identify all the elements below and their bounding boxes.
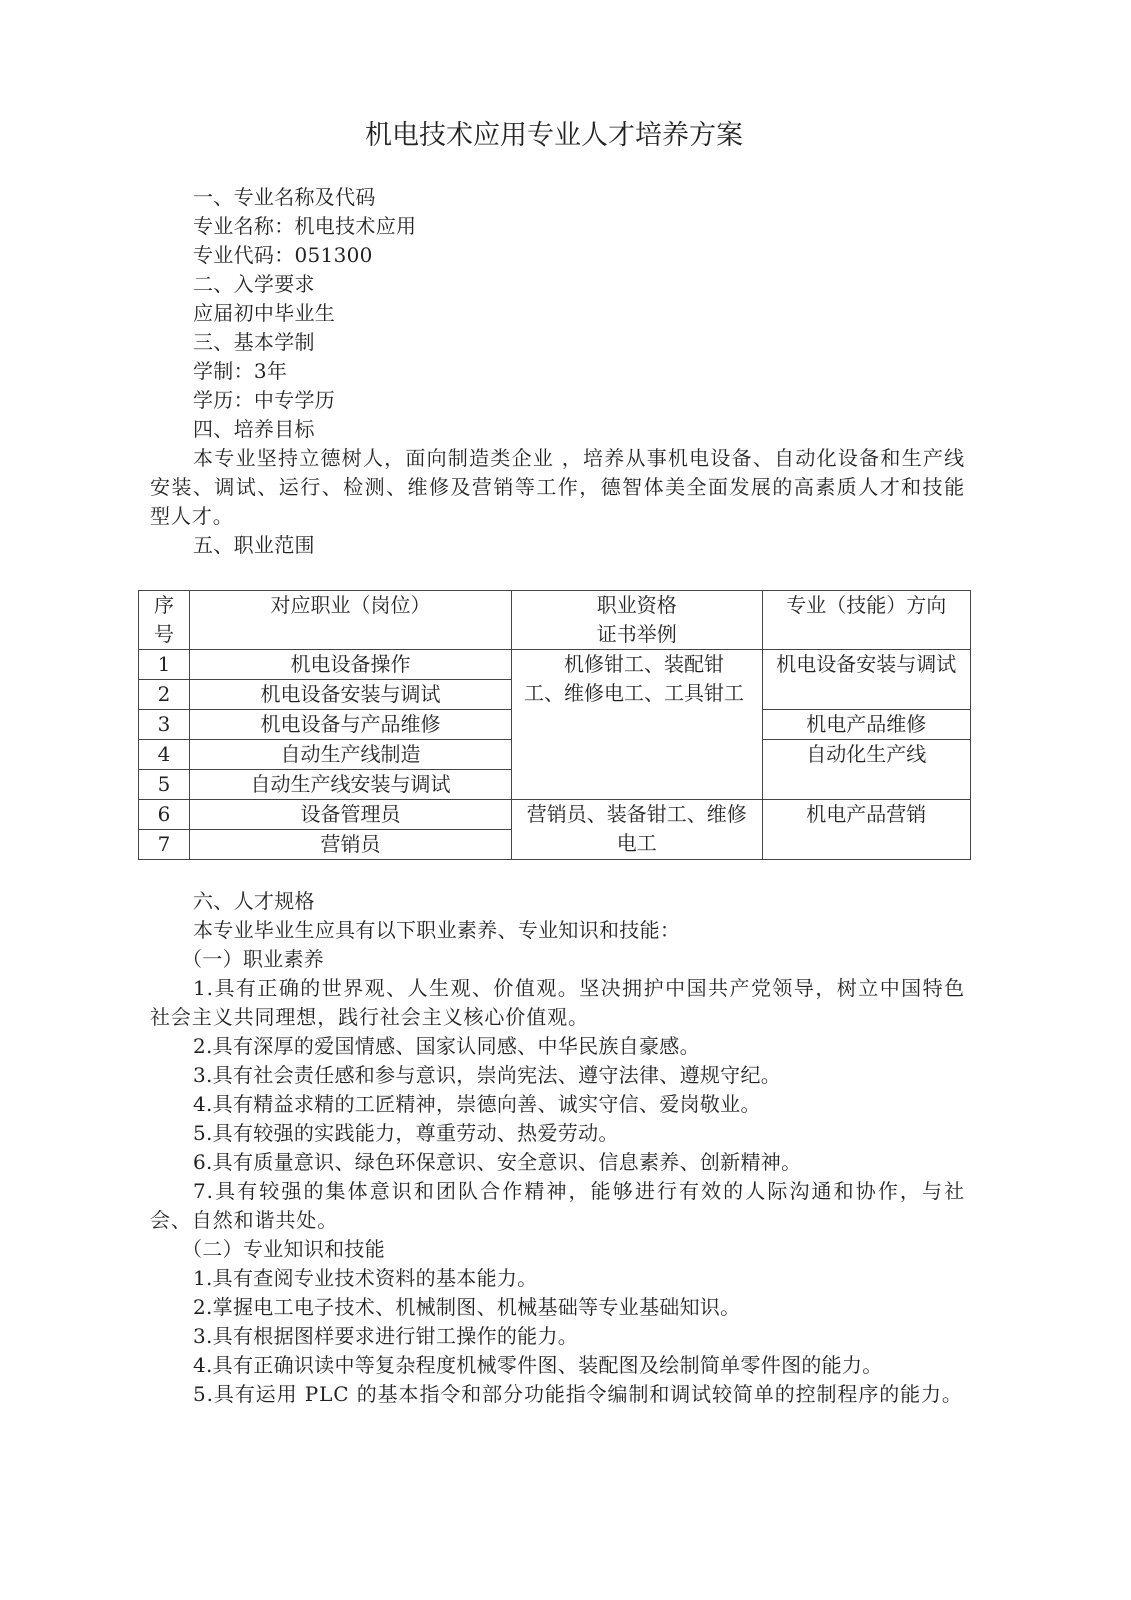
- table-row: 6 设备管理员 营销员、装备钳工、维修电工 机电产品营销: [139, 800, 971, 830]
- row-occupation: 机电设备操作: [189, 650, 511, 680]
- header-certificate: 职业资格 证书举例: [512, 591, 762, 650]
- document-title: 机电技术应用专业人才培养方案: [0, 116, 1108, 156]
- row-occupation: 营销员: [189, 830, 511, 860]
- subsection-heading-2: （二）专业知识和技能: [182, 1235, 997, 1264]
- quality-item-4: 4.具有精益求精的工匠精神，崇德向善、诚实守信、爱岗敬业。: [193, 1090, 1008, 1119]
- skill-item-4: 4.具有正确识读中等复杂程度机械零件图、装配图及绘制简单零件图的能力。: [193, 1351, 1008, 1380]
- admission-requirement: 应届初中毕业生: [193, 299, 1008, 328]
- header-direction: 专业（技能）方向: [762, 591, 971, 650]
- header-no: 序号: [139, 591, 190, 650]
- row-certificate: 营销员、装备钳工、维修电工: [512, 800, 762, 860]
- section-heading-4: 四、培养目标: [193, 415, 1008, 444]
- quality-item-2: 2.具有深厚的爱国情感、国家认同感、中华民族自豪感。: [193, 1032, 1008, 1061]
- section-heading-6: 六、人才规格: [193, 887, 1008, 916]
- table-row: 1 机电设备操作 机修钳工、装配钳工、维修电工、工具钳工 机电设备安装与调试: [139, 650, 971, 680]
- section-heading-5: 五、职业范围: [193, 531, 1008, 560]
- row-no: 7: [139, 830, 190, 860]
- section-heading-2: 二、入学要求: [193, 270, 1008, 299]
- study-duration: 学制：3年: [193, 357, 1008, 386]
- quality-item-1: 1.具有正确的世界观、人生观、价值观。坚决拥护中国共产党领导，树立中国特色社会主…: [150, 974, 965, 1032]
- document-page: 机电技术应用专业人才培养方案 一、专业名称及代码 专业名称：机电技术应用 专业代…: [0, 0, 1131, 1600]
- row-no: 5: [139, 770, 190, 800]
- row-occupation: 机电设备与产品维修: [189, 710, 511, 740]
- row-no: 3: [139, 710, 190, 740]
- row-occupation: 自动生产线安装与调试: [189, 770, 511, 800]
- training-goal-paragraph: 本专业坚持立德树人，面向制造类企业 ，培养从事机电设备、自动化设备和生产线安装、…: [150, 444, 965, 531]
- row-direction: 机电设备安装与调试: [762, 650, 971, 710]
- section-heading-3: 三、基本学制: [193, 328, 1008, 357]
- subsection-heading-1: （一）职业素养: [182, 945, 997, 974]
- occupation-table: 序号 对应职业（岗位） 职业资格 证书举例 专业（技能）方向 1 机电设备操作 …: [138, 590, 971, 860]
- row-occupation: 设备管理员: [189, 800, 511, 830]
- quality-item-7: 7.具有较强的集体意识和团队合作精神，能够进行有效的人际沟通和协作，与社会、自然…: [150, 1177, 965, 1235]
- row-no: 6: [139, 800, 190, 830]
- row-no: 4: [139, 740, 190, 770]
- skill-item-3: 3.具有根据图样要求进行钳工操作的能力。: [193, 1322, 1008, 1351]
- skill-item-2: 2.掌握电工电子技术、机械制图、机械基础等专业基础知识。: [193, 1293, 1008, 1322]
- major-code: 专业代码：051300: [193, 241, 1008, 270]
- row-direction: 机电产品营销: [762, 800, 971, 860]
- row-direction: 自动化生产线: [762, 740, 971, 800]
- specification-intro: 本专业毕业生应具有以下职业素养、专业知识和技能：: [193, 916, 1008, 945]
- table-header-row: 序号 对应职业（岗位） 职业资格 证书举例 专业（技能）方向: [139, 591, 971, 650]
- row-occupation: 自动生产线制造: [189, 740, 511, 770]
- header-occupation: 对应职业（岗位）: [189, 591, 511, 650]
- section-heading-1: 一、专业名称及代码: [193, 183, 1008, 212]
- row-no: 2: [139, 680, 190, 710]
- quality-item-5: 5.具有较强的实践能力，尊重劳动、热爱劳动。: [193, 1119, 1008, 1148]
- row-no: 1: [139, 650, 190, 680]
- skill-item-5: 5.具有运用 PLC 的基本指令和部分功能指令编制和调试较简单的控制程序的能力。: [150, 1380, 965, 1409]
- row-occupation: 机电设备安装与调试: [189, 680, 511, 710]
- major-name: 专业名称：机电技术应用: [193, 212, 1008, 241]
- degree: 学历：中专学历: [193, 386, 1008, 415]
- skill-item-1: 1.具有查阅专业技术资料的基本能力。: [193, 1264, 1008, 1293]
- quality-item-6: 6.具有质量意识、绿色环保意识、安全意识、信息素养、创新精神。: [193, 1148, 1008, 1177]
- row-direction: 机电产品维修: [762, 710, 971, 740]
- row-certificate: 机修钳工、装配钳工、维修电工、工具钳工: [512, 650, 762, 800]
- quality-item-3: 3.具有社会责任感和参与意识，崇尚宪法、遵守法律、遵规守纪。: [193, 1061, 1008, 1090]
